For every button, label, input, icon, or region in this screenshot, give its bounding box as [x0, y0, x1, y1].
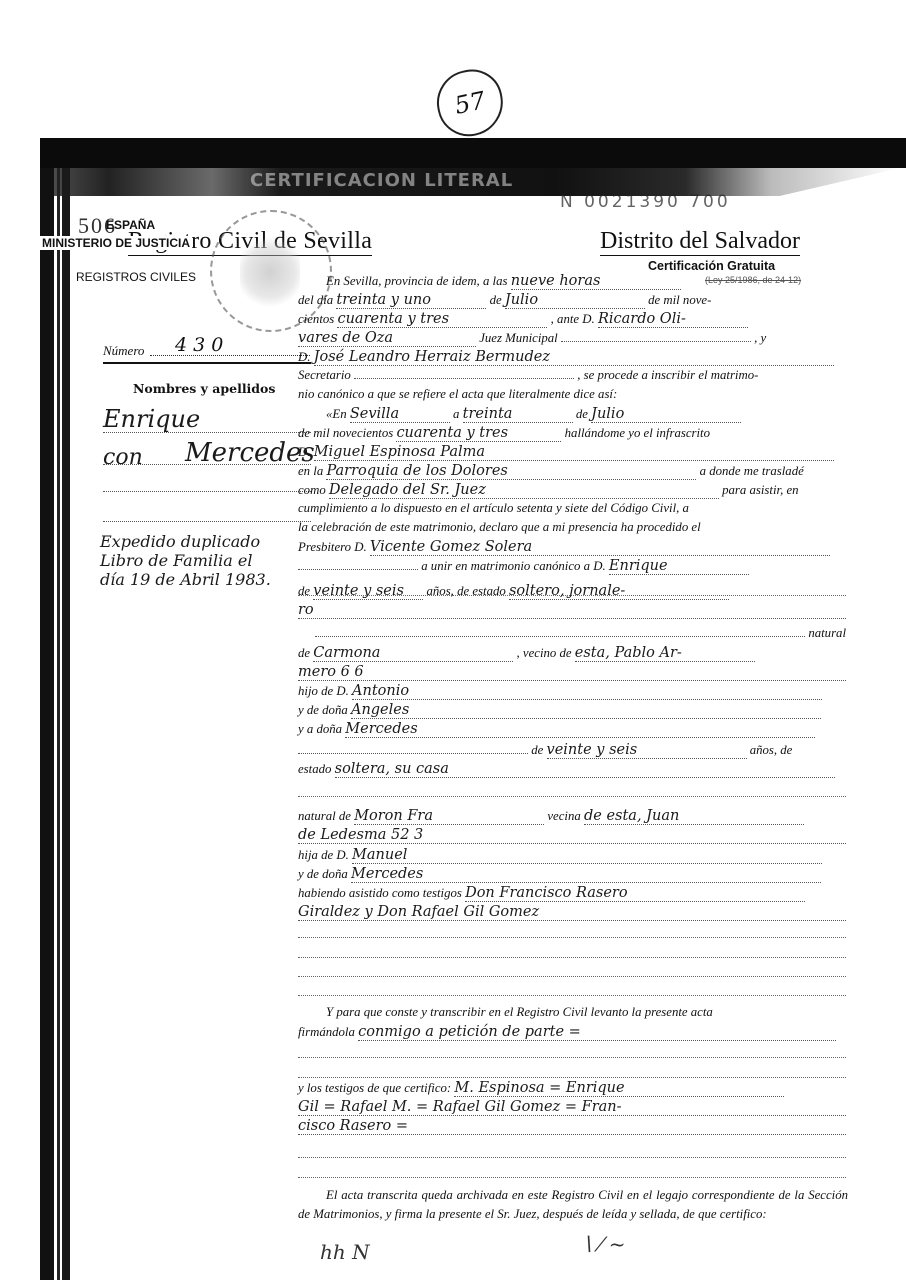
form-line: Giraldez y Don Rafael Gil Gomez — [298, 904, 846, 923]
field-year: cuarenta y tres — [337, 311, 547, 328]
margin-bar — [57, 168, 60, 1280]
dotted-line — [103, 464, 311, 465]
signature-judge: ∖ ⁄ ~ — [580, 1232, 626, 1256]
field-judge: Ricardo Oli- — [598, 311, 748, 328]
margin-note-line: Libro de Familia el — [100, 551, 320, 570]
form-line: hija de D. Manuel — [298, 847, 846, 866]
form-line: de mil novecientos cuarenta y tres hallá… — [298, 425, 846, 444]
form-line: de veinte y seis años, de estado soltero… — [298, 583, 846, 602]
form-line: Presbitero D. Vicente Gomez Solera — [298, 539, 846, 558]
field-month: Julio — [505, 292, 645, 309]
field-secretary: José Leandro Herraiz Bermudez — [314, 349, 834, 366]
form-line: «En Sevilla a treinta de Julio — [298, 406, 874, 425]
numero-label: Número — [103, 343, 144, 359]
form-line: hijo de D. Antonio — [298, 683, 846, 702]
numero-value: 4 3 0 — [175, 334, 223, 356]
page-number-annotation: 57 — [431, 64, 509, 142]
form-line: Gil = Rafael M. = Rafael Gil Gomez = Fra… — [298, 1099, 846, 1118]
form-line: ro — [298, 602, 846, 621]
header-band-text: CERTIFICACION LITERAL — [250, 170, 513, 191]
divider — [103, 362, 311, 364]
form-line: cisco Rasero = — [298, 1118, 846, 1137]
form-line: del día treinta y uno de Julio de mil no… — [298, 292, 846, 311]
district-title: Distrito del Salvador — [600, 228, 800, 256]
margin-note-line: Expedido duplicado — [100, 532, 320, 551]
form-line: Secretario , se procede a inscribir el m… — [298, 368, 846, 387]
form-line: natural de Moron Fra vecina de esta, Jua… — [298, 808, 846, 827]
form-line: natural — [298, 626, 846, 645]
name-connector: con — [103, 445, 143, 470]
form-line: mero 6 6 — [298, 664, 846, 683]
form-line: de Carmona , vecino de esta, Pablo Ar- — [298, 645, 846, 664]
dotted-line — [103, 521, 311, 522]
form-line: y los testigos de que certifico: M. Espi… — [298, 1080, 846, 1099]
form-line: y de doña Angeles — [298, 702, 846, 721]
names-heading: Nombres y apellidos — [133, 381, 275, 396]
form-line: D. José Leandro Herraiz Bermudez — [298, 349, 846, 368]
form-line: en la Parroquia de los Dolores a donde m… — [298, 463, 846, 482]
margin-bar — [62, 168, 70, 1280]
closing-line: Y para que conste y transcribir en el Re… — [298, 1005, 874, 1024]
form-line: En Sevilla, provincia de idem, a las nue… — [298, 273, 874, 292]
form-line: nio canónico a que se refiere el acta qu… — [298, 387, 846, 406]
form-line: firmándola conmigo a petición de parte = — [298, 1024, 846, 1043]
dotted-line — [103, 432, 311, 433]
header-band — [40, 138, 906, 168]
certification-label: Certificación Gratuita — [648, 259, 775, 273]
field-judge-cont: vares de Oza — [298, 330, 476, 347]
final-paragraph: El acta transcrita queda archivada en es… — [298, 1186, 848, 1224]
form-line: de Ledesma 52 3 — [298, 827, 846, 846]
country-label: ESPAÑA — [106, 218, 155, 232]
form-line: vares de Oza Juez Municipal , y — [298, 330, 846, 349]
name-groom: Enrique — [103, 405, 200, 433]
form-line: estado soltera, su casa — [298, 761, 846, 780]
margin-bar — [40, 168, 54, 1280]
form-line: habiendo asistido como testigos Don Fran… — [298, 885, 846, 904]
serial-number: N 0021390 700 — [560, 192, 731, 212]
form-line: como Delegado del Sr. Juez para asistir,… — [298, 482, 846, 501]
field-day: treinta y uno — [336, 292, 486, 309]
ministry-label: MINISTERIO DE JUSTICIA — [40, 236, 192, 250]
form-line: la celebración de este matrimonio, decla… — [298, 520, 846, 539]
signature-secretary: hh N — [320, 1240, 370, 1264]
registries-label: REGISTROS CIVILES — [76, 270, 196, 284]
form-line: y a doña Mercedes — [298, 721, 846, 740]
numero-line — [150, 355, 310, 356]
seal-emblem — [240, 232, 300, 312]
form-line: cientos cuarenta y tres , ante D. Ricard… — [298, 311, 846, 330]
form-line: D. Miguel Espinosa Palma — [298, 444, 846, 463]
form-line: cumplimiento a lo dispuesto en el artícu… — [298, 501, 846, 520]
field-hour: nueve horas — [511, 273, 681, 290]
margin-note: Expedido duplicado Libro de Familia el d… — [100, 532, 320, 589]
margin-note-line: día 19 de Abril 1983. — [100, 570, 320, 589]
form-line: de veinte y seis años, de — [298, 742, 846, 761]
dotted-line — [103, 491, 311, 492]
form-line: y de doña Mercedes — [298, 866, 846, 885]
form-line: a unir en matrimonio canónico a D. Enriq… — [298, 558, 846, 577]
